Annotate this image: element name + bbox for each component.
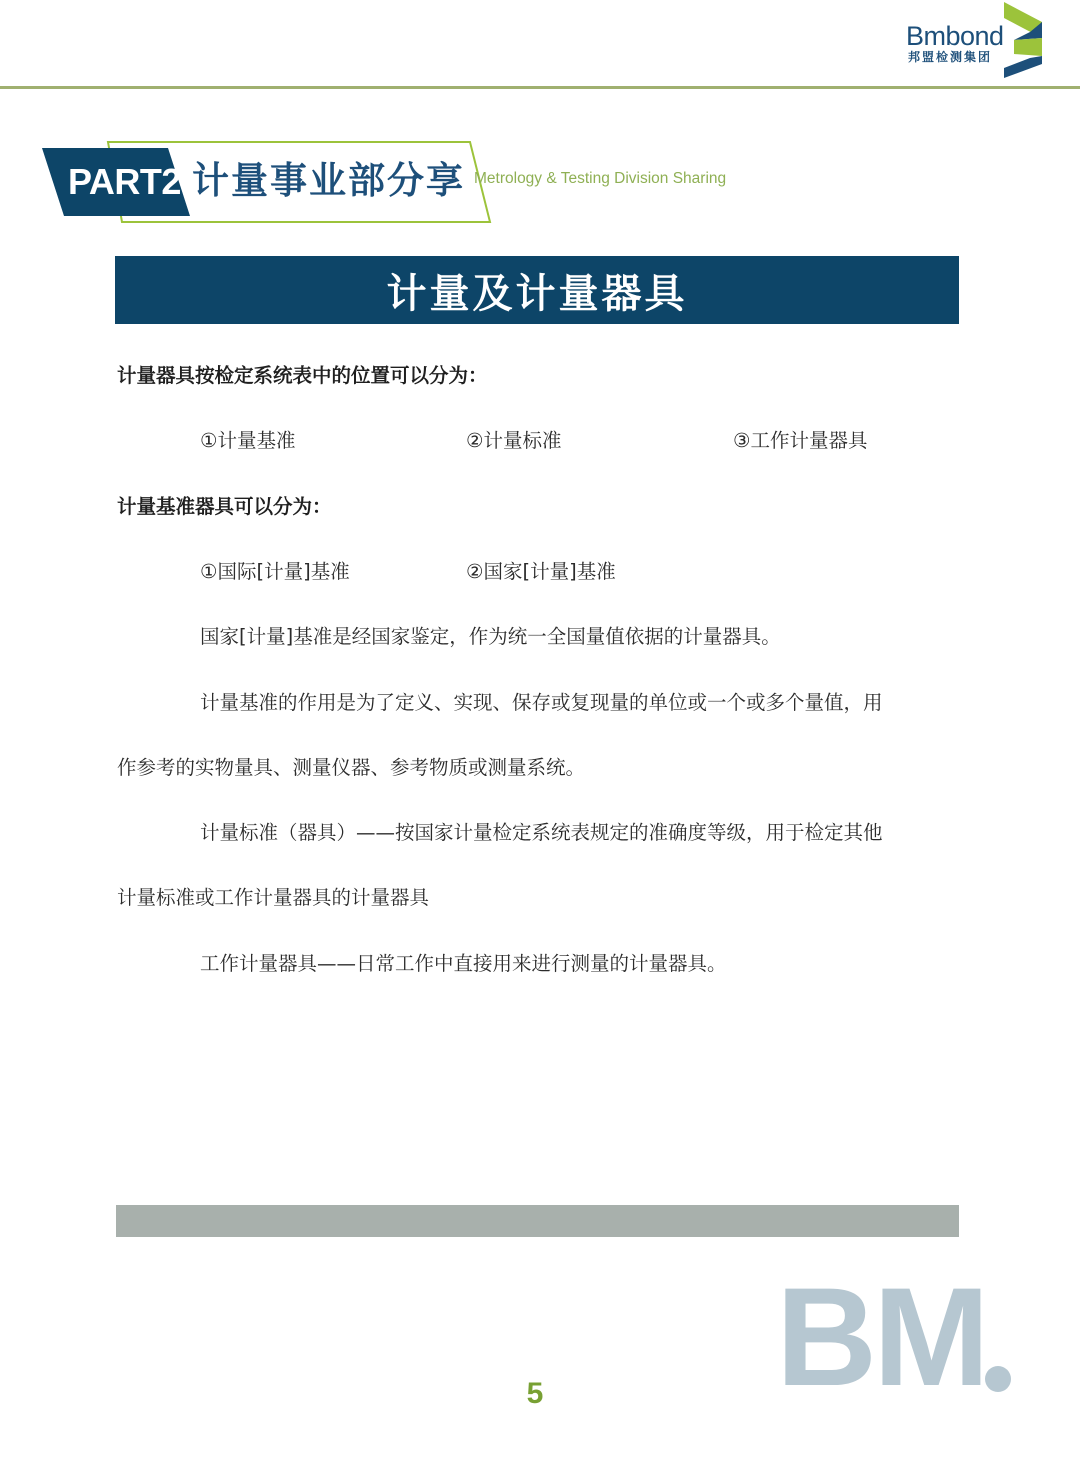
list-item: ②计量标准: [466, 428, 561, 454]
heading-standard-types: 计量基准器具可以分为：: [117, 494, 332, 520]
logo-chinese-name: 邦盟检测集团: [908, 50, 992, 64]
bmbond-b-logo-icon: [1000, 2, 1046, 78]
paragraph-working-instrument: 工作计量器具——日常工作中直接用来进行测量的计量器具。: [200, 951, 727, 977]
list-item: ①计量基准: [200, 428, 295, 454]
list-item: ③工作计量器具: [733, 428, 867, 454]
list-item: ①国际[计量]基准: [200, 559, 350, 585]
part-label: PART2: [68, 160, 181, 204]
paragraph-standard-role-line2: 作参考的实物量具、测量仪器、参考物质或测量系统。: [117, 755, 585, 781]
section-title-bar: 计量及计量器具: [115, 256, 959, 324]
logo-text: Bmbond: [906, 22, 1004, 50]
bm-watermark: BM: [776, 1262, 986, 1412]
paragraph-measurement-standard-line2: 计量标准或工作计量器具的计量器具: [117, 885, 429, 911]
list-item: ②国家[计量]基准: [466, 559, 616, 585]
part-subtitle: Metrology & Testing Division Sharing: [474, 169, 726, 189]
footer-bar: [116, 1205, 959, 1237]
heading-classification: 计量器具按检定系统表中的位置可以分为：: [117, 363, 488, 389]
page-number: 5: [520, 1376, 550, 1412]
part-title: 计量事业部分享: [192, 158, 465, 204]
paragraph-measurement-standard-line1: 计量标准（器具）——按国家计量检定系统表规定的准确度等级，用于检定其他: [200, 820, 883, 846]
paragraph-standard-role-line1: 计量基准的作用是为了定义、实现、保存或复现量的单位或一个或多个量值，用: [200, 690, 883, 716]
section-title: 计量及计量器具: [387, 262, 688, 319]
header-divider: [0, 86, 1080, 89]
watermark-dot: [985, 1366, 1011, 1392]
paragraph-national-standard: 国家[计量]基准是经国家鉴定，作为统一全国量值依据的计量器具。: [200, 624, 781, 650]
